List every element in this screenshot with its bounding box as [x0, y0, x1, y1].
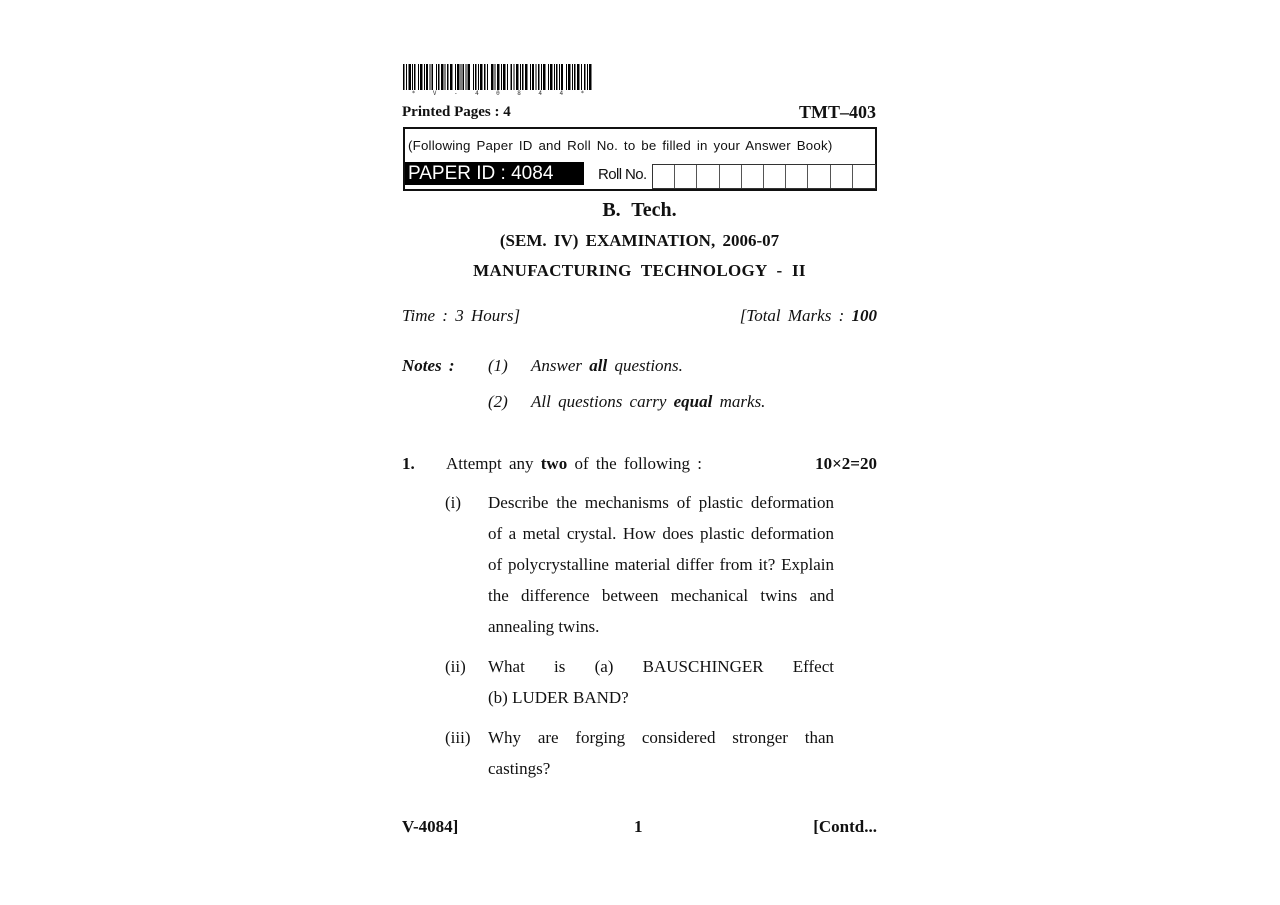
- barcode-text: *V-40844*: [403, 90, 593, 98]
- subquestion-text: Why are forging considered stronger than…: [488, 722, 834, 784]
- degree-title: B. Tech.: [402, 199, 877, 222]
- question-text: Attempt any two of the following :: [446, 454, 702, 474]
- barcode-char: *: [581, 90, 585, 98]
- barcode-icon: [403, 64, 593, 90]
- question-text-post: of the following :: [567, 454, 702, 473]
- note-text: All questions carry equal marks.: [531, 392, 765, 412]
- roll-no-digit-box: [764, 165, 786, 188]
- subject-title: MANUFACTURING TECHNOLOGY - II: [402, 261, 877, 281]
- subquestion-line: Describe the mechanisms of plastic defor…: [488, 487, 834, 518]
- exam-title: (SEM. IV) EXAMINATION, 2006-07: [402, 231, 877, 251]
- barcode-char: V: [433, 90, 437, 98]
- subquestion-line: annealing twins.: [488, 611, 834, 642]
- note-text-bold: equal: [674, 392, 713, 411]
- subquestion-line: the difference between mechanical twins …: [488, 580, 834, 611]
- barcode-char: 4: [475, 90, 479, 98]
- roll-no-digit-box: [808, 165, 830, 188]
- roll-no-digit-box: [720, 165, 742, 188]
- total-marks-value: 100: [852, 306, 878, 325]
- continued-label: [Contd...: [813, 817, 877, 837]
- note-text: Answer all questions.: [531, 356, 683, 376]
- subquestion-text: Describe the mechanisms of plastic defor…: [488, 487, 834, 642]
- barcode-char: 0: [496, 90, 500, 98]
- question-number: 1.: [402, 454, 415, 474]
- note-text-bold: all: [589, 356, 607, 375]
- note-number: (2): [488, 392, 508, 412]
- subquestion-line: Why are forging considered stronger than: [488, 722, 834, 753]
- subquestion-line: of a metal crystal. How does plastic def…: [488, 518, 834, 549]
- note-text-post: marks.: [712, 392, 765, 411]
- roll-no-digit-box: [742, 165, 764, 188]
- page-number: 1: [634, 817, 643, 837]
- exam-time: Time : 3 Hours]: [402, 306, 520, 326]
- roll-no-digit-box: [853, 165, 875, 188]
- subquestion-number: (i): [445, 493, 461, 513]
- note-text-pre: Answer: [531, 356, 589, 375]
- question-text-bold: two: [541, 454, 567, 473]
- roll-no-digit-box: [786, 165, 808, 188]
- barcode: [403, 64, 593, 90]
- roll-no-digit-box: [831, 165, 853, 188]
- paper-id-box: (Following Paper ID and Roll No. to be f…: [403, 127, 877, 191]
- total-marks: [Total Marks : 100: [740, 306, 877, 326]
- barcode-char: 8: [517, 90, 521, 98]
- paper-id-label: PAPER ID : 4084: [405, 162, 584, 185]
- roll-no-digit-box: [675, 165, 697, 188]
- id-box-instruction: (Following Paper ID and Roll No. to be f…: [408, 138, 874, 153]
- subquestion-line: of polycrystalline material differ from …: [488, 549, 834, 580]
- notes-label: Notes :: [402, 356, 455, 376]
- roll-no-digit-box: [653, 165, 675, 188]
- roll-no-boxes: [652, 164, 876, 189]
- roll-no-label: Roll No.: [598, 166, 647, 183]
- note-number: (1): [488, 356, 508, 376]
- barcode-char: *: [412, 90, 416, 98]
- subquestion-number: (ii): [445, 657, 466, 677]
- subquestion-number: (iii): [445, 728, 471, 748]
- note-text-pre: All questions carry: [531, 392, 674, 411]
- printed-pages: Printed Pages : 4: [402, 104, 511, 121]
- total-marks-label: [Total Marks :: [740, 306, 852, 325]
- subquestion-line: castings?: [488, 753, 834, 784]
- note-text-post: questions.: [607, 356, 683, 375]
- barcode-char: 4: [538, 90, 542, 98]
- question-marks: 10×2=20: [815, 454, 877, 474]
- barcode-char: -: [454, 90, 458, 98]
- paper-code: TMT–403: [799, 102, 876, 123]
- subquestion-line: What is (a) BAUSCHINGER Effect: [488, 651, 834, 682]
- barcode-char: 4: [560, 90, 564, 98]
- footer-paper-code: V-4084]: [402, 817, 458, 837]
- subquestion-text: What is (a) BAUSCHINGER Effect (b) LUDER…: [488, 651, 834, 713]
- roll-no-digit-box: [697, 165, 719, 188]
- subquestion-line: (b) LUDER BAND?: [488, 682, 834, 713]
- question-text-pre: Attempt any: [446, 454, 541, 473]
